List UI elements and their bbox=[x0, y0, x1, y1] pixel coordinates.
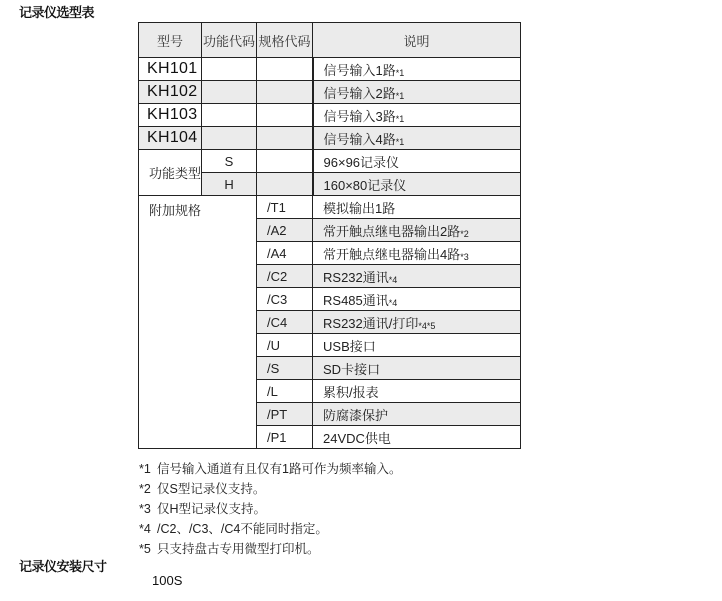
footnote-mark: *4 bbox=[139, 519, 157, 539]
function-code-cell: S bbox=[202, 150, 257, 173]
function-code-cell bbox=[202, 81, 257, 104]
table-row: KH102 信号输入2路*1 bbox=[139, 81, 521, 104]
description-text: 常开触点继电器输出4路 bbox=[323, 247, 460, 262]
footnotes: *1信号输入通道有且仅有1路可作为频率输入。 *2仅S型记录仪支持。 *3仅H型… bbox=[139, 459, 401, 559]
function-code-cell bbox=[202, 104, 257, 127]
description-cell: SD卡接口 bbox=[313, 357, 521, 380]
function-code-cell: H bbox=[202, 173, 257, 196]
description-cell: USB接口 bbox=[313, 334, 521, 357]
footnote-ref: *3 bbox=[460, 252, 469, 262]
spec-code-cell: /P1 bbox=[257, 426, 313, 449]
footnote-5: *5只支持盘古专用微型打印机。 bbox=[139, 539, 401, 559]
description-cell: RS232通讯/打印*4*5 bbox=[313, 311, 521, 334]
footnote-ref: *1 bbox=[396, 91, 405, 101]
description-text: SD卡接口 bbox=[323, 362, 380, 377]
function-code-cell bbox=[202, 58, 257, 81]
footnote-ref: *1 bbox=[396, 68, 405, 78]
footnote-text: 只支持盘古专用微型打印机。 bbox=[157, 542, 320, 556]
header-spec-code: 规格代码 bbox=[257, 23, 313, 58]
description-cell: RS485通讯*4 bbox=[313, 288, 521, 311]
spec-code-cell bbox=[257, 104, 313, 127]
header-model: 型号 bbox=[139, 23, 202, 58]
description-cell: 信号输入4路*1 bbox=[313, 127, 521, 150]
footnote-text: 仅S型记录仪支持。 bbox=[157, 482, 265, 496]
footnote-ref: *4*5 bbox=[418, 321, 435, 331]
install-dimensions-title: 记录仪安装尺寸 bbox=[19, 556, 107, 575]
description-cell: RS232通讯*4 bbox=[313, 265, 521, 288]
spec-code-cell bbox=[257, 150, 313, 173]
description-text: 信号输入3路 bbox=[324, 109, 396, 124]
spec-code-cell bbox=[257, 127, 313, 150]
footnote-2: *2仅S型记录仪支持。 bbox=[139, 479, 401, 499]
description-text: 防腐漆保护 bbox=[323, 408, 388, 423]
description-text: 信号输入4路 bbox=[324, 132, 396, 147]
table-row: KH103 信号输入3路*1 bbox=[139, 104, 521, 127]
spec-code-cell: /A4 bbox=[257, 242, 313, 265]
description-cell: 24VDC供电 bbox=[313, 426, 521, 449]
table-row: 功能类型 S 96×96记录仪 bbox=[139, 150, 521, 173]
footnote-text: 仅H型记录仪支持。 bbox=[157, 502, 266, 516]
spec-code-cell: /S bbox=[257, 357, 313, 380]
description-text: RS232通讯/打印 bbox=[323, 316, 418, 331]
description-cell: 模拟输出1路 bbox=[313, 196, 521, 219]
description-cell: 累积/报表 bbox=[313, 380, 521, 403]
function-type-label: 功能类型 bbox=[139, 150, 202, 196]
footnote-text: 信号输入通道有且仅有1路可作为频率输入。 bbox=[157, 462, 401, 476]
spec-code-cell: /C3 bbox=[257, 288, 313, 311]
description-cell: 信号输入2路*1 bbox=[313, 81, 521, 104]
description-text: 24VDC供电 bbox=[323, 431, 391, 446]
description-text: 累积/报表 bbox=[323, 385, 379, 400]
description-text: RS232通讯 bbox=[323, 270, 389, 285]
table-header-row: 型号 功能代码 规格代码 说明 bbox=[139, 23, 521, 58]
spec-code-cell: /T1 bbox=[257, 196, 313, 219]
function-code-cell bbox=[202, 127, 257, 150]
model-cell: KH103 bbox=[139, 104, 202, 127]
spec-code-cell bbox=[257, 81, 313, 104]
spec-code-cell bbox=[257, 58, 313, 81]
selection-table: 型号 功能代码 规格代码 说明 KH101 信号输入1路*1 KH102 信号输… bbox=[138, 22, 521, 449]
spec-code-cell: /PT bbox=[257, 403, 313, 426]
footnote-ref: *2 bbox=[460, 229, 469, 239]
footnote-text: /C2、/C3、/C4不能同时指定。 bbox=[157, 522, 328, 536]
spec-code-cell: /L bbox=[257, 380, 313, 403]
description-cell: 常开触点继电器输出2路*2 bbox=[313, 219, 521, 242]
spec-code-cell: /C2 bbox=[257, 265, 313, 288]
description-text: 信号输入2路 bbox=[324, 86, 396, 101]
table-row: KH104 信号输入4路*1 bbox=[139, 127, 521, 150]
model-cell: KH104 bbox=[139, 127, 202, 150]
footnote-mark: *5 bbox=[139, 539, 157, 559]
footnote-1: *1信号输入通道有且仅有1路可作为频率输入。 bbox=[139, 459, 401, 479]
spec-code-cell bbox=[257, 173, 313, 196]
spec-code-cell: /A2 bbox=[257, 219, 313, 242]
additional-spec-label: 附加规格 bbox=[139, 196, 257, 449]
footnote-ref: *4 bbox=[389, 275, 398, 285]
description-cell: 信号输入3路*1 bbox=[313, 104, 521, 127]
footnote-3: *3仅H型记录仪支持。 bbox=[139, 499, 401, 519]
description-text: 模拟输出1路 bbox=[323, 201, 395, 216]
footnote-mark: *3 bbox=[139, 499, 157, 519]
model-cell: KH101 bbox=[139, 58, 202, 81]
selection-table-title: 记录仪选型表 bbox=[19, 2, 94, 21]
description-cell: 信号输入1路*1 bbox=[313, 58, 521, 81]
header-description: 说明 bbox=[313, 23, 521, 58]
description-cell: 防腐漆保护 bbox=[313, 403, 521, 426]
table-row: KH101 信号输入1路*1 bbox=[139, 58, 521, 81]
description-text: RS485通讯 bbox=[323, 293, 389, 308]
description-cell: 96×96记录仪 bbox=[313, 150, 521, 173]
description-cell: 160×80记录仪 bbox=[313, 173, 521, 196]
footnote-ref: *1 bbox=[396, 137, 405, 147]
description-cell: 常开触点继电器输出4路*3 bbox=[313, 242, 521, 265]
description-text: 常开触点继电器输出2路 bbox=[323, 224, 460, 239]
footnote-4: *4/C2、/C3、/C4不能同时指定。 bbox=[139, 519, 401, 539]
description-text: USB接口 bbox=[323, 339, 376, 354]
table-row: 附加规格 /T1 模拟输出1路 bbox=[139, 196, 521, 219]
header-function-code: 功能代码 bbox=[202, 23, 257, 58]
install-model-label: 100S bbox=[152, 573, 182, 588]
footnote-mark: *2 bbox=[139, 479, 157, 499]
model-cell: KH102 bbox=[139, 81, 202, 104]
footnote-ref: *4 bbox=[389, 298, 398, 308]
spec-code-cell: /U bbox=[257, 334, 313, 357]
footnote-mark: *1 bbox=[139, 459, 157, 479]
spec-code-cell: /C4 bbox=[257, 311, 313, 334]
description-text: 信号输入1路 bbox=[324, 63, 396, 78]
footnote-ref: *1 bbox=[396, 114, 405, 124]
